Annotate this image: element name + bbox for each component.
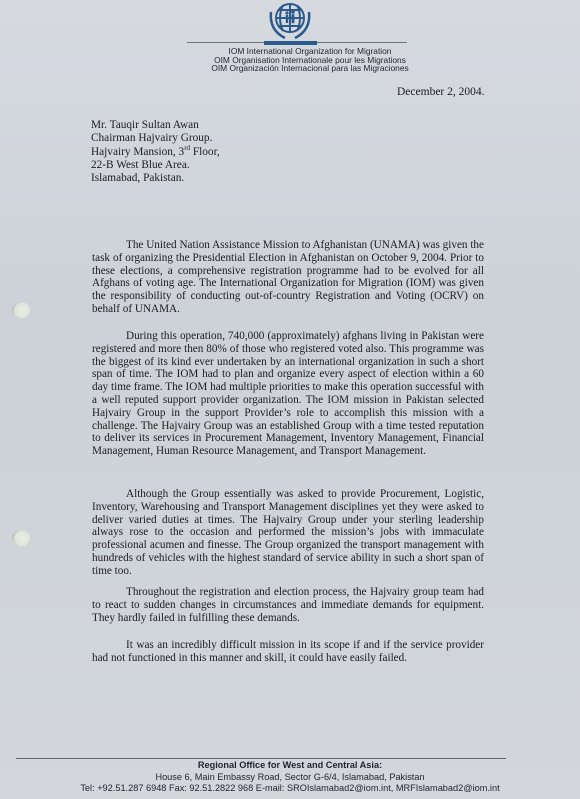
paragraph-operation: During this operation, 740,000 (approxim… bbox=[92, 330, 484, 458]
iom-logo-icon bbox=[265, 0, 315, 40]
recipient-address-line-3: Islamabad, Pakistan. bbox=[91, 172, 220, 185]
punch-hole-top bbox=[12, 302, 30, 318]
recipient-name: Mr. Tauqir Sultan Awan bbox=[91, 119, 220, 132]
paragraph-text: Throughout the registration and election… bbox=[92, 586, 484, 624]
paragraph-duties: Although the Group essentially was asked… bbox=[92, 488, 484, 578]
paragraph-text: Although the Group essentially was asked… bbox=[92, 488, 484, 578]
recipient-address: Mr. Tauqir Sultan Awan Chairman Hajvairy… bbox=[91, 119, 220, 185]
paragraph-text: During this operation, 740,000 (approxim… bbox=[92, 330, 484, 458]
letter-page: IOM International Organization for Migra… bbox=[0, 0, 580, 799]
footer-title: Regional Office for West and Central Asi… bbox=[0, 760, 580, 772]
organization-names: IOM International Organization for Migra… bbox=[180, 47, 440, 73]
address-line-1-prefix: Hajvairy Mansion, 3 bbox=[91, 146, 184, 158]
paragraph-text: It was an incredibly difficult mission i… bbox=[92, 639, 484, 665]
footer: Regional Office for West and Central Asi… bbox=[0, 760, 580, 795]
paragraph-text: The United Nation Assistance Mission to … bbox=[92, 239, 484, 316]
recipient-address-line-1: Hajvairy Mansion, 3rd Floor, bbox=[91, 146, 220, 159]
footer-contact: Tel: +92.51.287 6948 Fax: 92.51.2822 968… bbox=[0, 783, 580, 795]
paragraph-process: Throughout the registration and election… bbox=[92, 586, 484, 624]
recipient-address-line-2: 22-B West Blue Area. bbox=[91, 159, 220, 172]
paragraph-difficulty: It was an incredibly difficult mission i… bbox=[92, 639, 484, 665]
letter-date: December 2, 2004. bbox=[397, 86, 485, 98]
footer-rule bbox=[16, 758, 506, 759]
logo-underline-bar bbox=[264, 41, 317, 45]
org-name-spanish: OIM Organización Internacional para las … bbox=[180, 64, 440, 73]
address-line-1-suffix: Floor, bbox=[190, 146, 220, 158]
recipient-title: Chairman Hajvairy Group. bbox=[91, 132, 220, 145]
paragraph-unama: The United Nation Assistance Mission to … bbox=[92, 239, 484, 316]
punch-hole-bottom bbox=[12, 530, 30, 546]
footer-address: House 6, Main Embassy Road, Sector G-6/4… bbox=[0, 772, 580, 784]
